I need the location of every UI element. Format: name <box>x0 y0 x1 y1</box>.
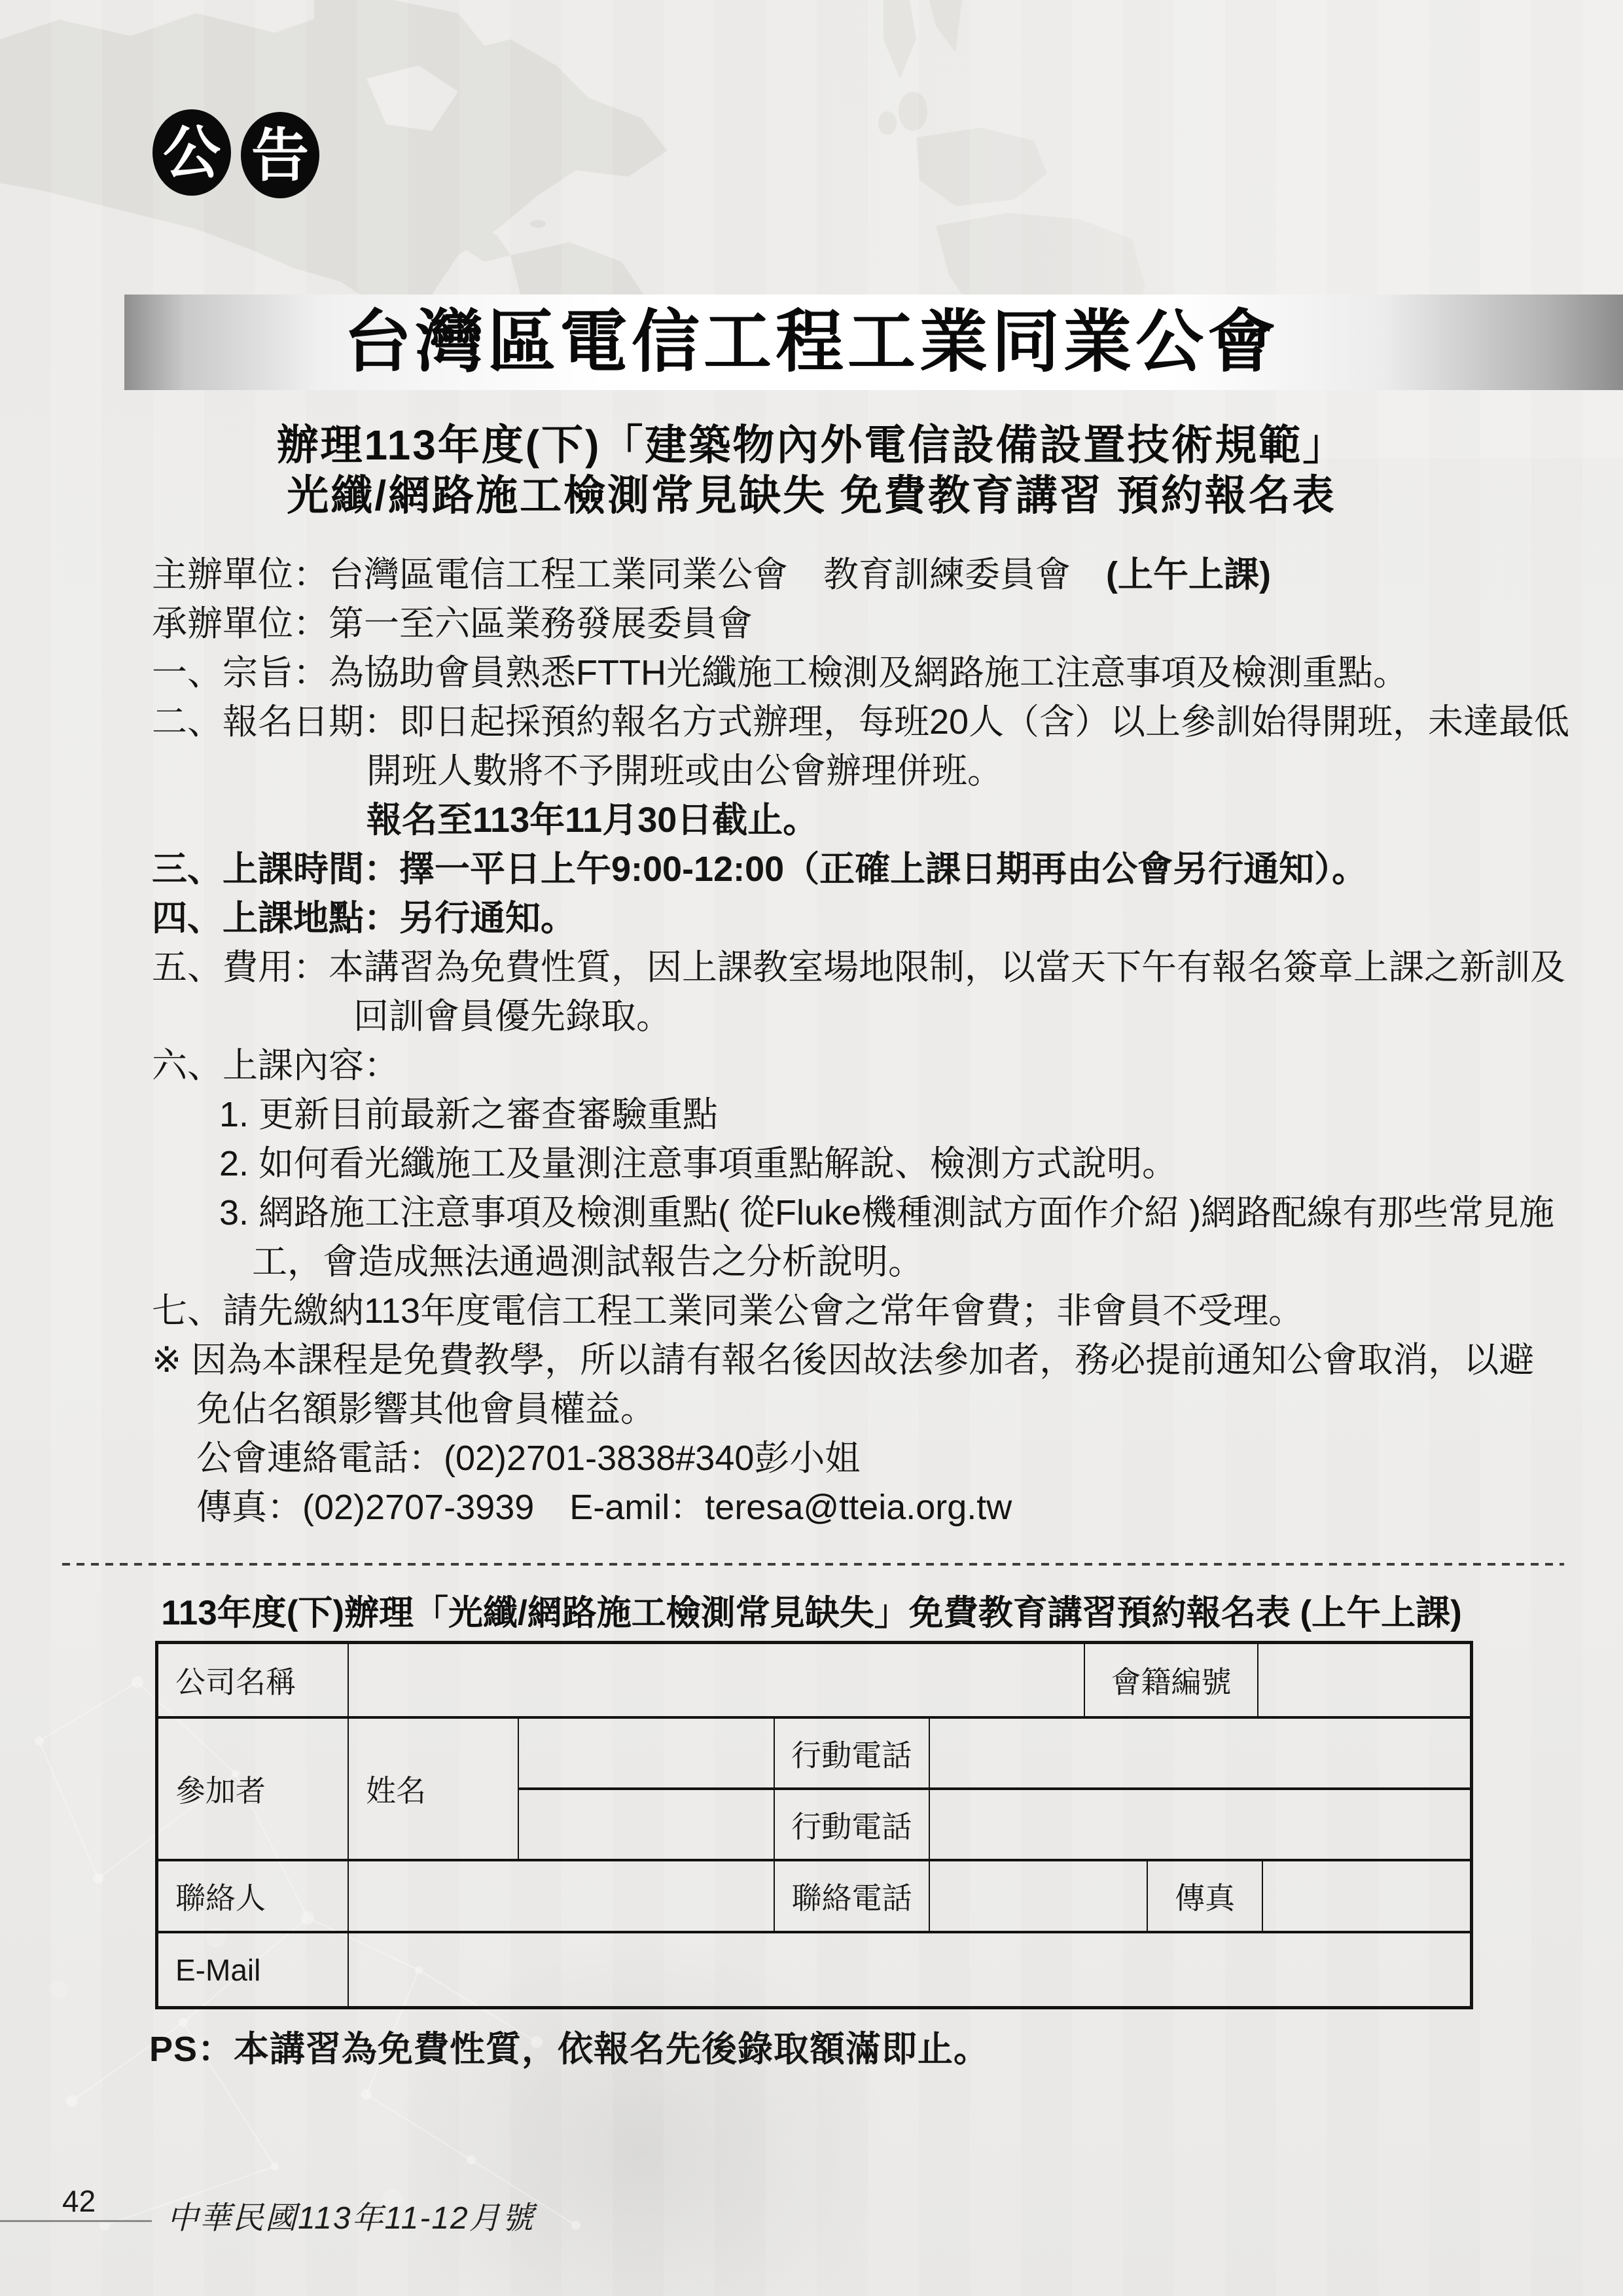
body-line: 工，會造成無法通過測試報告之分析說明。 <box>152 1238 1520 1287</box>
participant-1-mobile-field <box>930 1719 1470 1787</box>
announcement-badge-circle-1: 公 <box>152 109 231 196</box>
page-title: 台灣區電信工程工業同業公會 <box>0 305 1623 380</box>
contact-label: 聯絡人 <box>158 1861 349 1931</box>
participant-label: 參加者 <box>158 1719 349 1859</box>
body-line: 三、上課時間：擇一平日上午9:00-12:00（正確上課日期再由公會另行通知）。 <box>152 845 1520 894</box>
badge-char-2: 告 <box>251 126 309 184</box>
company-name-label: 公司名稱 <box>158 1644 349 1716</box>
magazine-page: 公 告 台灣區電信工程工業同業公會 辦理113年度(下)「建築物內外電信設備設置… <box>0 0 1623 2296</box>
table-row-contact: 聯絡人 聯絡電話 傳真 <box>158 1861 1470 1933</box>
form-title: 113年度(下)辦理「光纖/網路施工檢測常見缺失」免費教育講習預約報名表 (上午… <box>0 1593 1623 1634</box>
body-line: 開班人數將不予開班或由公會辦理併班。 <box>152 747 1520 796</box>
body-line: 公會連絡電話：(02)2701-3838#340彭小姐 <box>152 1434 1520 1483</box>
dashed-separator <box>62 1563 1564 1566</box>
host-line-bold: (上午上課) <box>1106 555 1271 594</box>
contact-phone-label: 聯絡電話 <box>775 1861 930 1931</box>
subtitle-line-1: 辦理113年度(下)「建築物內外電信設備設置技術規範」 <box>0 422 1623 468</box>
participant-1-name-field <box>519 1719 775 1787</box>
body-line: 傳真：(02)2707-3939 E-amil：teresa@tteia.org… <box>152 1483 1520 1532</box>
body-line: 一、宗旨：為協助會員熟悉FTTH光纖施工檢測及網路施工注意事項及檢測重點。 <box>152 649 1520 698</box>
email-field <box>349 1933 1470 2006</box>
participant-row-1: 行動電話 <box>519 1719 1470 1790</box>
table-row-company: 公司名稱 會籍編號 <box>158 1644 1470 1719</box>
body-line: 七、請先繳納113年度電信工程工業同業公會之常年會費；非會員不受理。 <box>152 1287 1520 1336</box>
participant-2-mobile-field <box>930 1790 1470 1859</box>
announcement-badge-circle-2: 告 <box>241 112 319 198</box>
body-line: 2. 如何看光纖施工及量測注意事項重點解說、檢測方式說明。 <box>152 1139 1520 1189</box>
body-line: 免佔名額影響其他會員權益。 <box>152 1385 1520 1434</box>
body-line: 3. 網路施工注意事項及檢測重點( 從Fluke機種測試方面作介紹 )網路配線有… <box>152 1189 1520 1238</box>
member-no-label: 會籍編號 <box>1085 1644 1258 1716</box>
fax-label: 傳真 <box>1148 1861 1263 1931</box>
body-line-host: 主辦單位：台灣區電信工程工業同業公會 教育訓練委員會 (上午上課) <box>152 550 1520 600</box>
page-number: 42 <box>62 2183 96 2219</box>
ps-note: PS：本講習為免費性質，依報名先後錄取額滿即止。 <box>149 2021 990 2072</box>
body-line: ※ 因為本課程是免費教學，所以請有報名後因故法參加者，務必提前通知公會取消，以避 <box>152 1336 1520 1385</box>
body-text-block: 主辦單位：台灣區電信工程工業同業公會 教育訓練委員會 (上午上課) 承辦單位：第… <box>152 550 1520 1532</box>
member-no-field <box>1258 1644 1470 1716</box>
participant-2-name-field <box>519 1790 775 1859</box>
mobile-label-1: 行動電話 <box>775 1719 930 1787</box>
email-label: E-Mail <box>158 1933 349 2006</box>
subtitle-line-2: 光纖/網路施工檢測常見缺失 免費教育講習 預約報名表 <box>0 473 1623 518</box>
body-line: 五、費用：本講習為免費性質，因上課教室場地限制，以當天下午有報名簽章上課之新訓及 <box>152 943 1520 992</box>
mobile-label-2: 行動電話 <box>775 1790 930 1859</box>
body-line: 六、上課內容： <box>152 1041 1520 1090</box>
body-line: 二、報名日期：即日起採預約報名方式辦理，每班20人（含）以上參訓始得開班，未達最… <box>152 698 1520 747</box>
contact-name-field <box>349 1861 775 1931</box>
contact-phone-field <box>930 1861 1148 1931</box>
issue-label: 中華民國113年11-12月號 <box>167 2193 535 2238</box>
table-row-participants: 參加者 姓名 行動電話 行動電話 <box>158 1719 1470 1861</box>
participant-row-2: 行動電話 <box>519 1790 1470 1859</box>
table-row-email: E-Mail <box>158 1933 1470 2006</box>
body-line: 報名至113年11月30日截止。 <box>152 796 1520 845</box>
participant-sub-rows: 行動電話 行動電話 <box>519 1719 1470 1859</box>
body-line: 四、上課地點：另行通知。 <box>152 894 1520 943</box>
body-line: 承辦單位：第一至六區業務發展委員會 <box>152 600 1520 649</box>
fax-field <box>1263 1861 1470 1931</box>
body-line: 1. 更新目前最新之審查審驗重點 <box>152 1090 1520 1139</box>
body-line: 回訓會員優先錄取。 <box>152 992 1520 1041</box>
badge-char-1: 公 <box>163 124 221 181</box>
name-label: 姓名 <box>349 1719 519 1859</box>
company-name-field <box>349 1644 1085 1716</box>
host-line-prefix: 主辦單位：台灣區電信工程工業同業公會 教育訓練委員會 <box>152 555 1106 594</box>
registration-form-table: 公司名稱 會籍編號 參加者 姓名 行動電話 行動電話 聯 <box>155 1641 1473 2009</box>
footer-rule <box>0 2220 152 2222</box>
